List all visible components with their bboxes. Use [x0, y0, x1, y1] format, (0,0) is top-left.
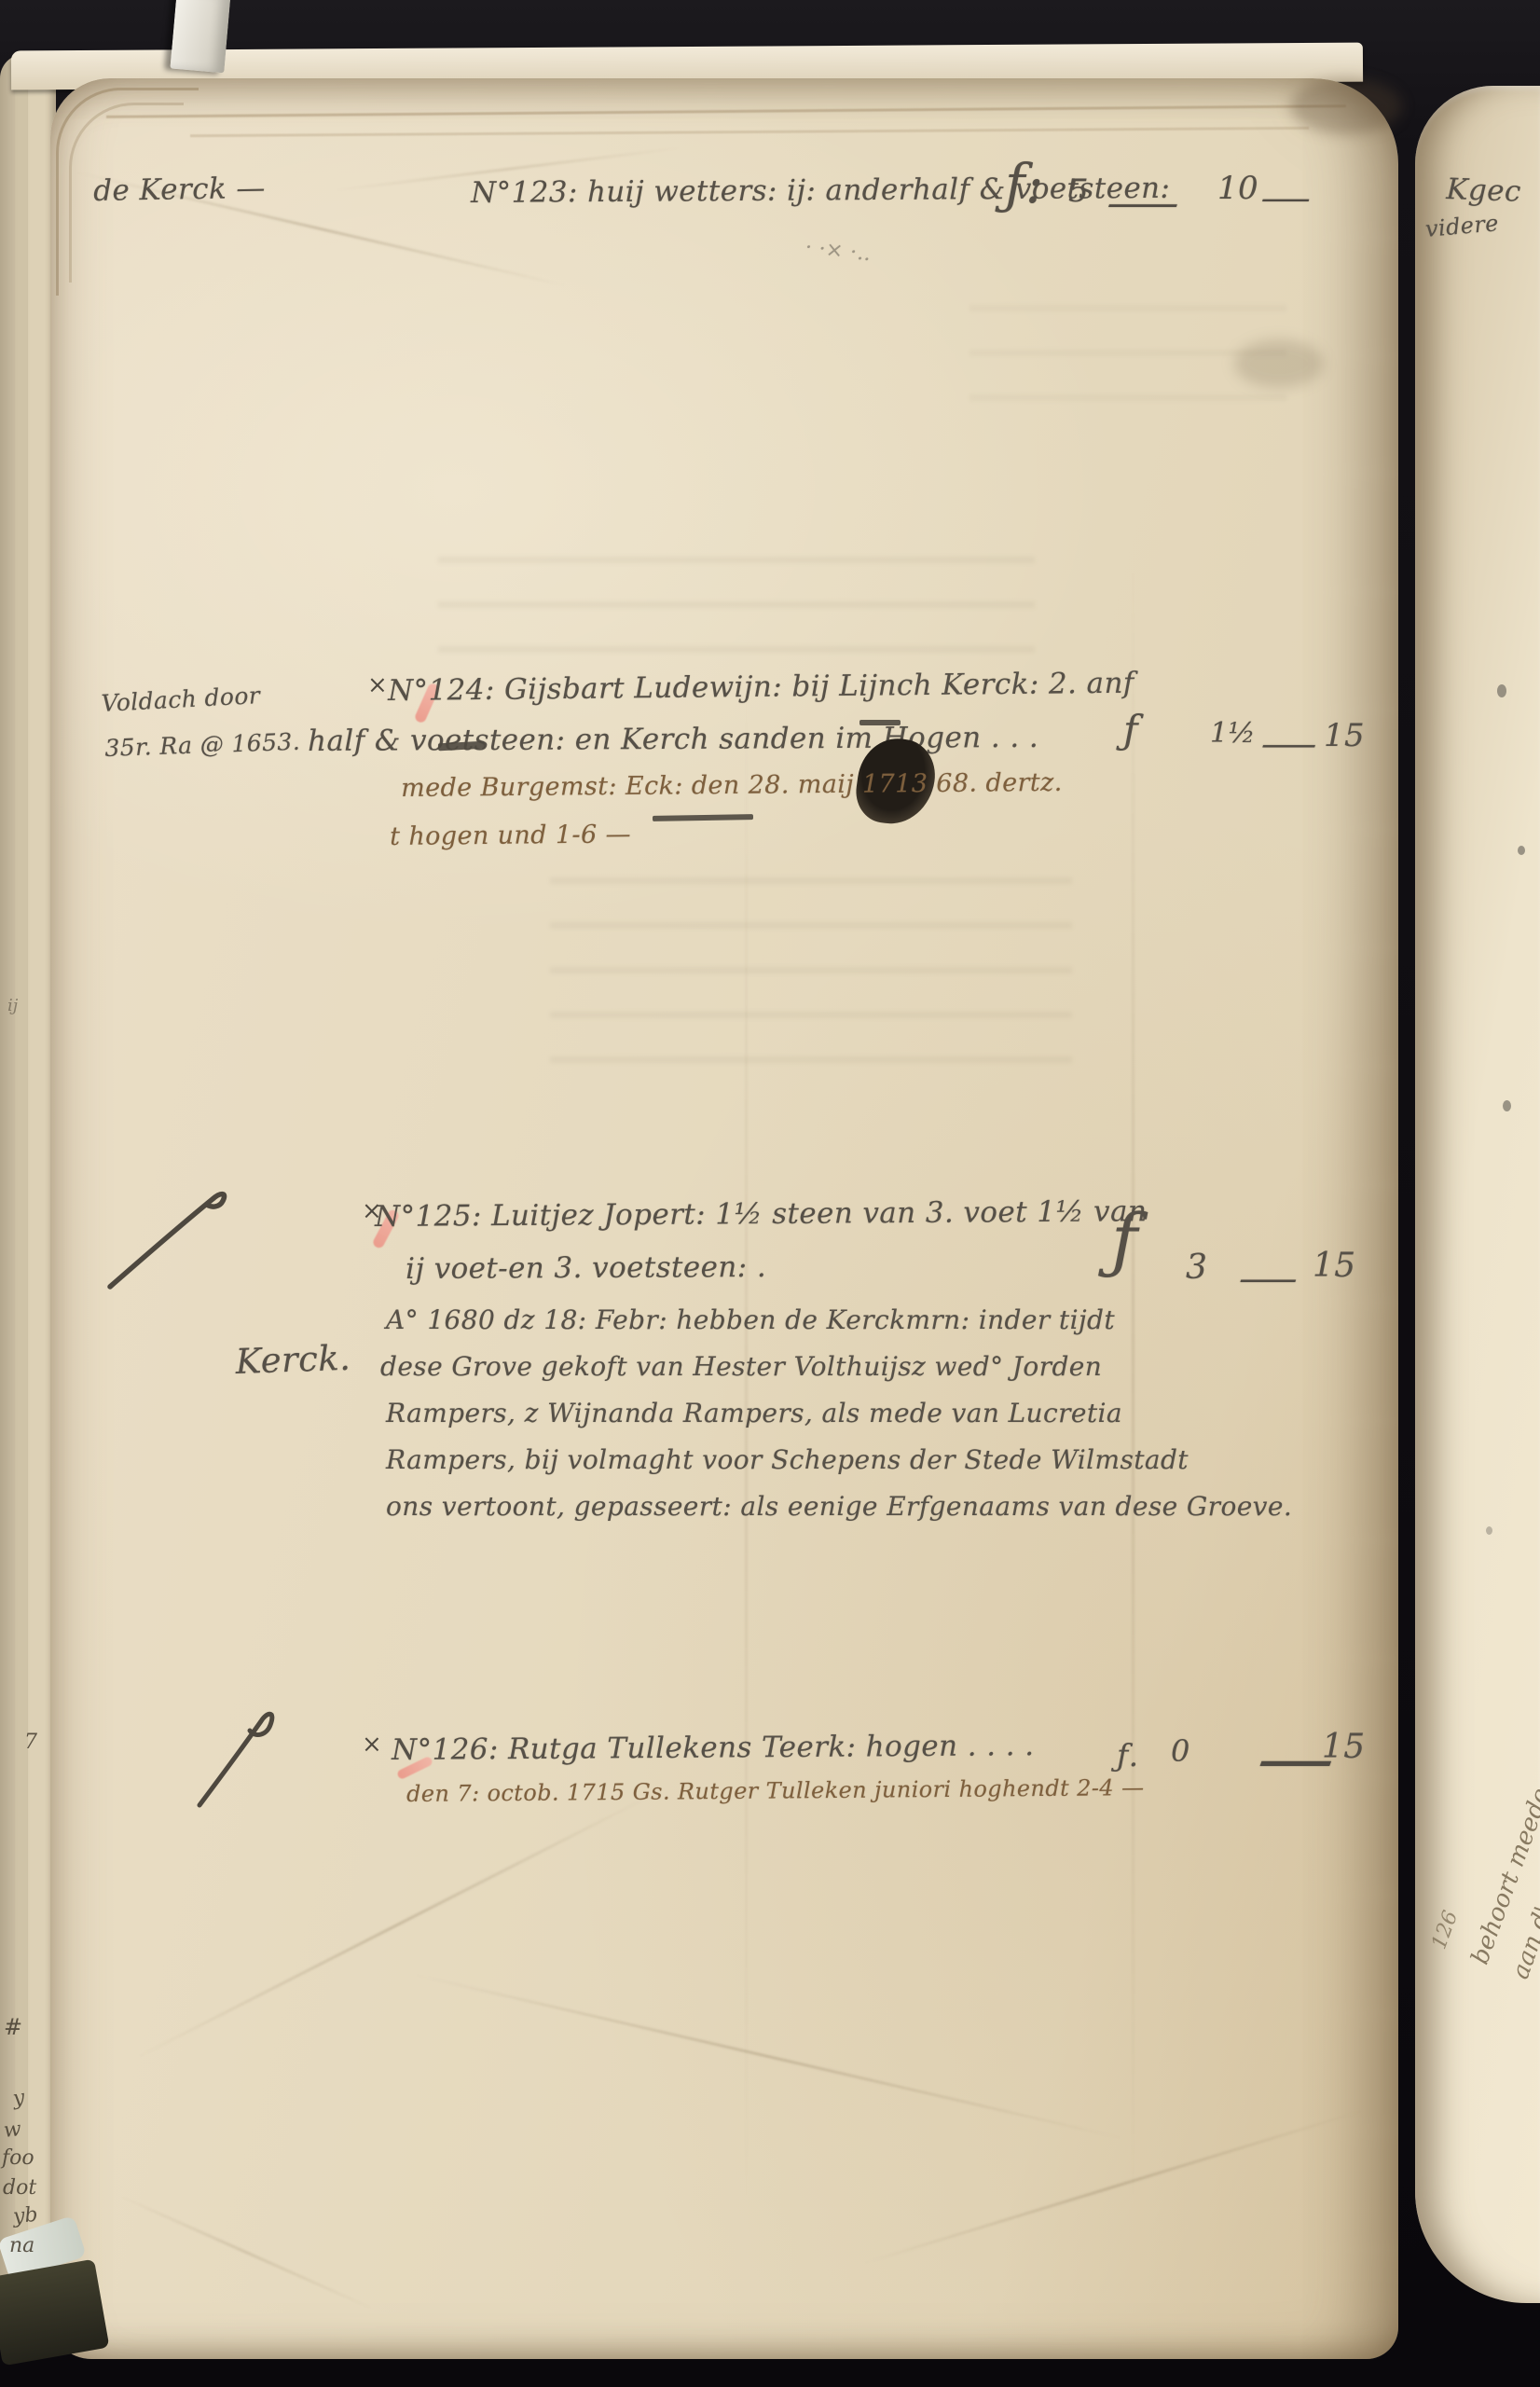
- edge-fragment: w: [3, 2119, 22, 2142]
- paper-crease: [414, 1973, 1123, 2139]
- entry-125-para-line5: ons vertoont, gepasseert: als eenige Erf…: [386, 1494, 1292, 1520]
- entry-124-amount-dash: —: [1260, 740, 1317, 751]
- entry-123-amount-value2: 10: [1217, 172, 1258, 204]
- entry-125-para-line2: dese Grove gekoft van Hester Volthuijsz …: [380, 1354, 1102, 1380]
- edge-fragment: ij: [7, 998, 18, 1014]
- entry-125-amount-value1: 3: [1186, 1251, 1207, 1285]
- entry-123-amount-currency: ƒ:: [1005, 157, 1044, 211]
- paper-crease: [117, 2194, 374, 2311]
- ink-speck: [1518, 846, 1525, 855]
- paper-crease: [137, 1793, 653, 2058]
- edge-fragment: yb: [12, 2205, 38, 2228]
- ink-bleedthrough: [438, 522, 1035, 653]
- edge-fragment: dot: [3, 2178, 36, 2199]
- entry-123-amount-tail-dash: —: [1260, 194, 1311, 203]
- paper-stain: [1234, 339, 1324, 388]
- entry-124-note2: t hogen und 1-6 —: [390, 821, 631, 849]
- entry-124-margin-note-line1: Voldach door: [101, 683, 261, 715]
- inner-sheet-edge: [190, 127, 1309, 137]
- entry-124-line2: half & voetsteen: en Kerch sanden im Hog…: [308, 724, 1038, 756]
- right-page-rotated-annotation: 126 behoort meede aan d' afge: [1419, 1565, 1540, 1996]
- entry-126-line1: N°126: Rutga Tullekens Teerk: hogen . . …: [392, 1732, 1035, 1765]
- bookmark-ribbon: [170, 0, 230, 73]
- ink-cross-icon: ×: [362, 1732, 382, 1757]
- entry-126-amount-value1: 0: [1171, 1736, 1190, 1766]
- entry-125-para-line3: Rampers, z Wijnanda Rampers, als mede va…: [386, 1400, 1122, 1427]
- inner-sheet-edge: [106, 104, 1346, 118]
- paper-stain: [1290, 78, 1402, 134]
- edge-fragment: foo: [2, 2148, 34, 2169]
- entry-124-amount-value2: 15: [1324, 720, 1365, 752]
- entry-123-line: N°123: huij wetters: ij: anderhalf & voe…: [471, 174, 1170, 208]
- entry-125-line1: N°125: Luitjez Jopert: 1½ steen van 3. v…: [375, 1197, 1147, 1232]
- entry-125-line2: ij voet-en 3. voetsteen: .: [406, 1253, 766, 1284]
- right-page-fragment-top2: videre: [1424, 212, 1500, 241]
- binding-shadow-wedge: [0, 2259, 109, 2366]
- entry-125-para-line1: A° 1680 dz 18: Febr: hebben de Kerckmrn:…: [386, 1307, 1115, 1333]
- ink-speck: [1497, 684, 1506, 697]
- right-facing-page: Kgec videre 126 behoort meede aan d' afg…: [1415, 86, 1540, 2303]
- ink-cross-icon: ×: [367, 673, 388, 697]
- entry-126-amount-currency: ƒ.: [1117, 1740, 1139, 1771]
- edge-fragment: #: [4, 2016, 22, 2038]
- ink-bleedthrough: [969, 280, 1286, 401]
- scan-background: de Kerck — N°123: huij wetters: ij: ande…: [0, 0, 1540, 2387]
- paper-crease: [863, 2109, 1363, 2265]
- entry-124-note1: mede Burgemst: Eck: den 28. maij 1713 68…: [401, 770, 1063, 801]
- entry-124-line1: N°124: Gijsbart Ludewijn: bij Lijnch Ker…: [388, 669, 1134, 706]
- edge-fragment: na: [9, 2236, 34, 2256]
- paraph-flourish-icon: [103, 1182, 233, 1294]
- entry-124-margin-note-line2: 35r. Ra @ 1653.: [104, 730, 300, 760]
- ink-overline-mark: [859, 720, 901, 725]
- entry-126-amount-value2: 15: [1322, 1731, 1366, 1764]
- entry-125-para-line4: Rampers, bij volmaght voor Schepens der …: [386, 1447, 1189, 1473]
- entry-125-amount-value2: 15: [1313, 1249, 1356, 1283]
- entry-124-amount-value1: 1½: [1210, 720, 1256, 748]
- paraph-flourish-icon: [190, 1701, 283, 1813]
- entry-125-margin-label: Kerck.: [235, 1341, 351, 1379]
- ink-bleedthrough: [550, 876, 1072, 1063]
- entry-125-amount-currency: ƒ: [1111, 1205, 1138, 1276]
- paper-crease-vertical: [1132, 563, 1134, 2204]
- margin-header: de Kerck —: [93, 174, 266, 206]
- entry-124-amount-currency: ƒ: [1123, 711, 1138, 750]
- entry-126-note1: den 7: octob. 1715 Gs. Rutger Tulleken j…: [406, 1776, 1145, 1805]
- edge-fragment: 7: [24, 1732, 37, 1753]
- ink-underline-mark: [653, 814, 753, 821]
- entry-125-amount-dash: —: [1238, 1274, 1299, 1284]
- entry-123-amount-value1: 5: [1068, 175, 1089, 207]
- manuscript-page: de Kerck — N°123: huij wetters: ij: ande…: [50, 78, 1398, 2359]
- ink-smudge-marks: · ·× ·‥: [804, 238, 873, 265]
- ink-speck: [1503, 1100, 1511, 1111]
- right-page-fragment-top: Kgec: [1446, 175, 1521, 207]
- ink-speck: [1486, 1526, 1492, 1535]
- entry-123-amount-dash: —: [1106, 198, 1180, 210]
